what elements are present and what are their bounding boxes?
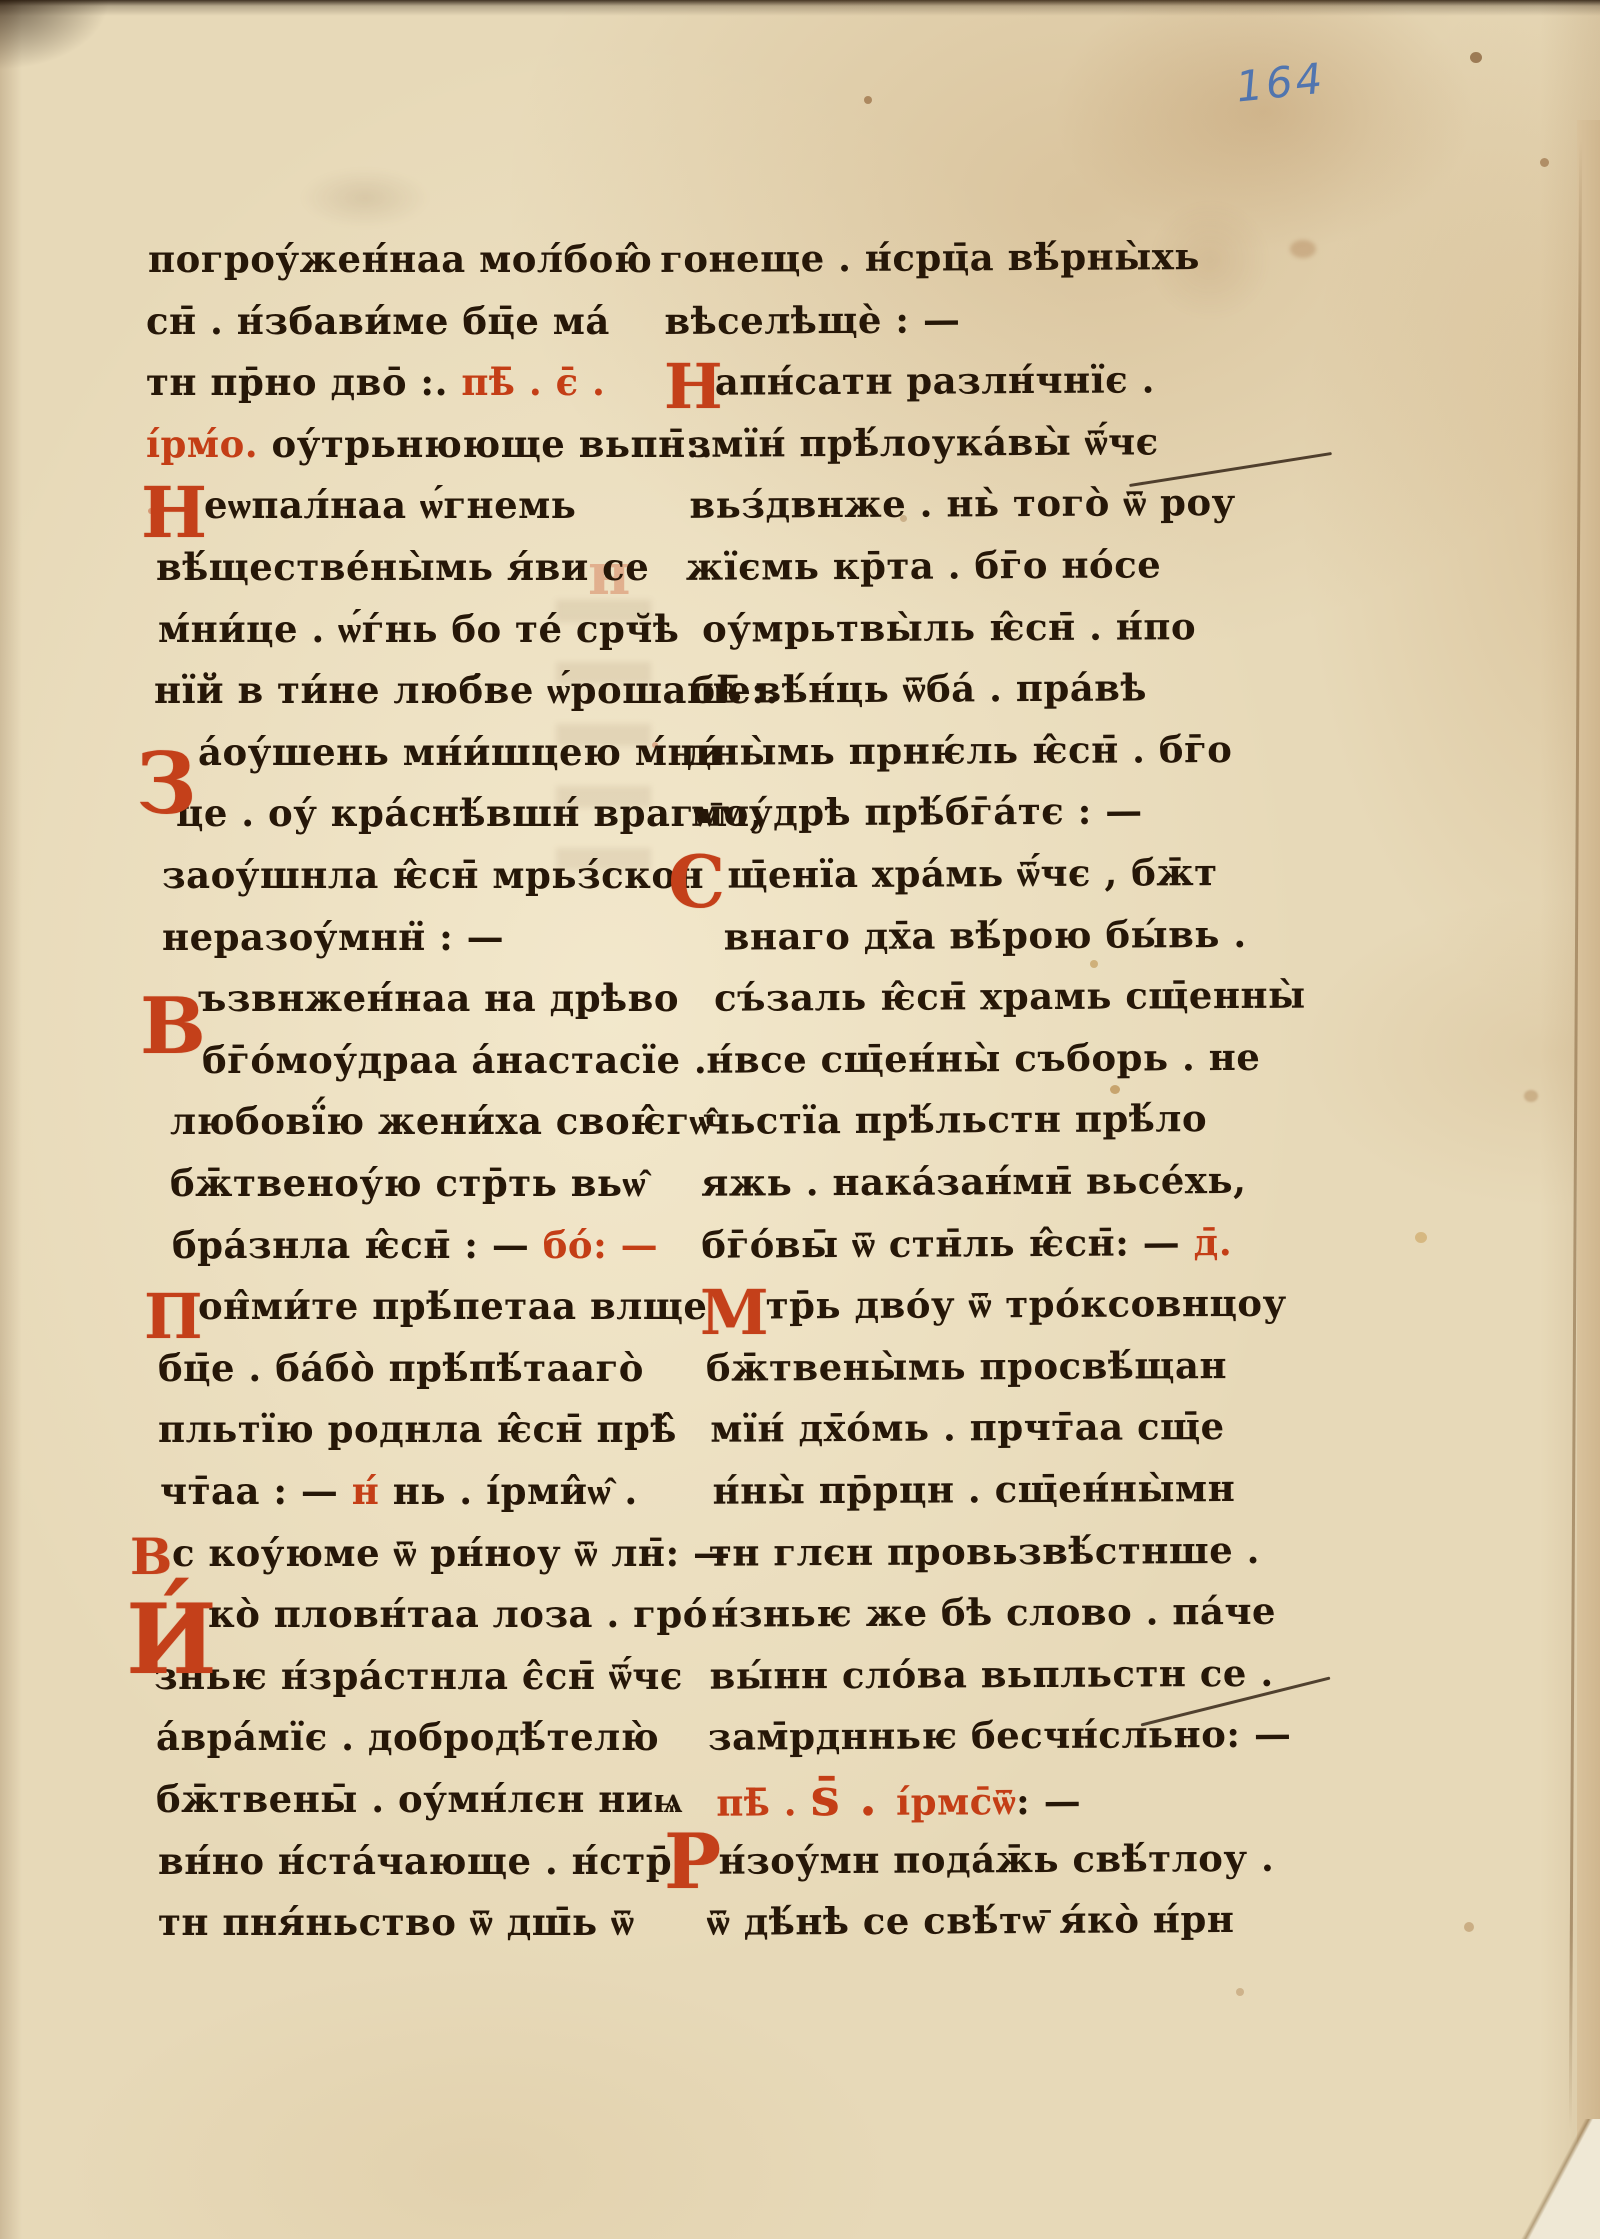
illuminated-initial: С <box>668 846 725 918</box>
ink-text: бѣ̄ вѣ́н́ць ѿба́ . пра́вѣ <box>690 665 1147 711</box>
illuminated-initial: И́ <box>126 1592 217 1688</box>
manuscript-line: вѣ́ществе́ны̀мь я́ви се <box>146 536 649 598</box>
rubric-text: пѣ̄ . є̄ . <box>461 360 605 404</box>
manuscript-line: бѣ̄ вѣ́н́ць ѿба́ . пра́вѣ <box>662 656 1147 721</box>
manuscript-line: еѡпал́наа ѡ́гнемь <box>146 474 576 536</box>
ink-text: погроу́жен́наа мол́бою̂ <box>148 237 652 281</box>
manuscript-line: н́зоу́мн пода́ж̄ь свѣ́тлоу . <box>668 1827 1274 1892</box>
manuscript-line: с коу́юме ѿ рн́ноу ѿ лн̄: — <box>146 1522 731 1584</box>
manuscript-line: н́зньѥ же бѣ слово . па́че <box>667 1580 1276 1645</box>
ink-text: яжь . нака́зан́мн̄ вьсе́хь, <box>701 1158 1247 1205</box>
ink-text: нь . і́рми̂ѡ̂ . <box>393 1469 638 1513</box>
ink-text: тн пня́ньство ѿ дш̄ь ѿ <box>158 1900 634 1944</box>
ink-text: н́зньѥ же бѣ слово . па́че <box>711 1589 1276 1636</box>
manuscript-line: а́оу́шень мн́и́шцею м́ни́ <box>146 721 723 783</box>
manuscript-line: вы́нн сло́ва вьпльстн се . <box>667 1642 1273 1707</box>
manuscript-line: чьстїа прѣ́льстн прѣ́ло <box>665 1087 1208 1152</box>
manuscript-line: тн пня́ньство ѿ дш̄ь ѿ <box>146 1891 634 1953</box>
ink-text: щ̄енїа хра́мь ѿ́чє , бж̄т <box>727 850 1217 897</box>
stain <box>1290 240 1316 258</box>
manuscript-line: ѿ дѣ́нѣ се свѣ́тѡ̄ я́ко̀ н́рн <box>669 1888 1235 1953</box>
ink-text: н́зоу́мн пода́ж̄ь свѣ́тлоу . <box>718 1836 1274 1883</box>
illuminated-initial: М <box>700 1282 769 1344</box>
ink-text: апн́сатн разлн́чнїє . <box>715 357 1155 403</box>
illuminated-initial: З <box>136 742 197 826</box>
manuscript-line: он̂ми́те прѣ́петаа влще <box>146 1275 707 1337</box>
illuminated-initial: Н <box>141 478 207 548</box>
ink-text: пльтїю роднла ѥ̂сн̄ прѣ̂ <box>158 1407 677 1451</box>
photo-corner-shadow <box>0 0 110 70</box>
manuscript-line: бг̄о́моу́драа а́настасїе . <box>146 1029 707 1091</box>
ink-text: а́оу́шень мн́и́шцею м́ни́ <box>198 730 723 774</box>
ink-text: оу́трьнююще вьпн̄:. <box>272 422 714 466</box>
manuscript-line: оу́мрьтвы̀ль ѥ̂сн̄ . н́по <box>662 595 1196 660</box>
stain <box>1415 1232 1427 1243</box>
manuscript-line: неразоу́мнн̈ : — <box>146 906 504 968</box>
manuscript-line: заоу́шнла ѥ̂сн̄ мрьз́скон <box>146 844 704 906</box>
ink-text: бра́знла ѥ̂сн̄ : — <box>172 1223 543 1267</box>
ink-text: : — <box>1016 1779 1081 1823</box>
ink-text: любовї́ю жени́ха своѥ̂гѡ̂ <box>170 1099 713 1143</box>
ink-text: дны̀мь прнѥ́ль ѥ̂сн̄ . бг̄о <box>687 727 1233 774</box>
manuscript-line: щ̄енїа хра́мь ѿ́чє , бж̄т <box>663 841 1218 906</box>
manuscript-line: і́рм́о. оу́трьнююще вьпн̄:. <box>146 413 713 475</box>
ink-text: заоу́шнла ѥ̂сн̄ мрьз́скон <box>162 853 704 897</box>
manuscript-line: бц̄е . ба́бо̀ прѣ́пѣ́тааго̀ <box>146 1337 644 1399</box>
manuscript-line: съ́заль ѥ̂сн̄ храмь сщ̄енны̀ <box>664 964 1306 1029</box>
ink-text: змїн́ прѣ́лоука́вы̀ ѿ́чє <box>687 419 1159 465</box>
rubric-text: д̄. <box>1193 1220 1232 1264</box>
ink-text: внаго дх̄а вѣ́рою бы́вь . <box>724 912 1247 959</box>
stain <box>864 96 872 104</box>
ink-text: бг̄о́моу́драа а́настасїе . <box>202 1038 707 1082</box>
rubric-text: і́рм́о. <box>146 422 272 466</box>
manuscript-line: н́все сщ̄ен́ны̀ съборь . не <box>664 1026 1260 1091</box>
ink-text: м́ни́це . ѡ́ѓнь бо те́ срч̆ѣ <box>158 607 679 651</box>
ink-text: тн глєн провьзвѣ́стнше . <box>709 1528 1260 1575</box>
stain <box>1464 1922 1474 1932</box>
manuscript-line: а́вра́мїє . добродѣ́телю̀ <box>146 1706 659 1768</box>
ink-text: с коу́юме ѿ рн́ноу ѿ лн̄: — <box>172 1531 731 1575</box>
stain <box>1524 1090 1538 1102</box>
stain <box>1236 1988 1244 1996</box>
manuscript-line: пльтїю роднла ѥ̂сн̄ прѣ̂ <box>146 1398 677 1460</box>
ink-text: оу́мрьтвы̀ль ѥ̂сн̄ . н́по <box>702 604 1196 651</box>
manuscript-line: зам̄рднньѥ бесчн́сльно: — <box>668 1703 1292 1768</box>
ink-bleed-through <box>300 168 430 228</box>
ink-text: вѣ́ществе́ны̀мь я́ви се <box>156 545 649 589</box>
illuminated-initial: П <box>144 1286 203 1348</box>
ink-text: тр̄ь дво́у ѿ тро́ксовнцоу <box>766 1281 1287 1328</box>
manuscript-line: тн пр̄но дво̄ :. пѣ̄ . є̄ . <box>146 351 605 413</box>
rubric-text: пѣ̄ . <box>716 1780 810 1824</box>
manuscript-line: сн̄ . н́збави́ме бц̄е ма́ <box>146 290 610 352</box>
manuscript-line: бж̄твеноу́ю стр̄ть вьѡ̂ <box>146 1152 646 1214</box>
ink-text: он̂ми́те прѣ́петаа влще <box>198 1284 707 1328</box>
manuscript-line: дны̀мь прнѥ́ль ѥ̂сн̄ . бг̄о <box>663 718 1233 783</box>
ink-text: бг̄о́вы̄ ѿ стн̄ль ѥ̂сн̄: — <box>701 1220 1194 1267</box>
illuminated-initial: Р <box>664 1824 721 1900</box>
ink-text: моу́дрѣ прѣ́бг̄а́тє : — <box>691 788 1143 834</box>
manuscript-line: гонеще . н́срц̄а вѣ́рны̀хь <box>660 225 1200 290</box>
ink-text: чт̄аа : — <box>160 1469 352 1513</box>
manuscript-line: мїн́ дх̄о́мь . прчт̄аа сщ̄е <box>666 1395 1225 1460</box>
manuscript-line: пѣ̄ . ѕ̄ . і́рмс̄ѿ: — <box>668 1766 1081 1830</box>
folio-number: 164 <box>1234 53 1328 111</box>
ink-text: съ́заль ѥ̂сн̄ храмь сщ̄енны̀ <box>714 973 1306 1020</box>
manuscript-line: змїн́ прѣ́лоука́вы̀ ѿ́чє <box>661 410 1159 475</box>
ink-text: гонеще . н́срц̄а вѣ́рны̀хь <box>660 234 1200 281</box>
manuscript-line: апн́сатн разлн́чнїє . <box>661 348 1155 413</box>
ink-text: ѿ дѣ́нѣ се свѣ́тѡ̄ я́ко̀ н́рн <box>707 1897 1235 1944</box>
manuscript-line: чт̄аа : — н́ нь . і́рми̂ѡ̂ . <box>146 1460 638 1522</box>
page-corner <box>1520 2119 1600 2239</box>
manuscript-line: яжь . нака́зан́мн̄ вьсе́хь, <box>665 1149 1247 1214</box>
manuscript-line: бг̄о́вы̄ ѿ стн̄ль ѥ̂сн̄: — д̄. <box>665 1211 1232 1276</box>
manuscript-line: вн́но н́ста́чающе . н́стр̄ <box>146 1830 672 1892</box>
ink-text: н́все сщ̄ен́ны̀ съборь . не <box>706 1035 1260 1082</box>
ink-text: мїн́ дх̄о́мь . прчт̄аа сщ̄е <box>710 1404 1225 1451</box>
ink-text: чьстїа прѣ́льстн прѣ́ло <box>703 1096 1208 1143</box>
manuscript-line: ко̀ пловн́таа лоза . гро́ <box>146 1583 708 1645</box>
illuminated-initial: Н <box>664 356 723 418</box>
rubric-text: ѕ̄ . <box>810 1767 896 1828</box>
ink-text: бж̄твены̄ . оу́мн́лєн ниѩ <box>156 1777 683 1821</box>
manuscript-photo: 164 н погроу́жен́наа мол́бою̂сн̄ . н́зба… <box>0 0 1600 2239</box>
rubric-text: і́рмс̄ѿ <box>896 1779 1016 1824</box>
ink-text: зньѥ н́зра́стнла є̂сн̄ ѿ́чє <box>154 1654 683 1698</box>
stain <box>1540 158 1549 167</box>
manuscript-line: н́ны̀ пр̄рцн . сщ̄ен́ны̀мн <box>666 1457 1235 1522</box>
ink-text: вн́но н́ста́чающе . н́стр̄ <box>158 1839 672 1883</box>
manuscript-line: любовї́ю жени́ха своѥ̂гѡ̂ <box>146 1090 713 1152</box>
ink-text: н́ны̀ пр̄рцн . сщ̄ен́ны̀мн <box>712 1466 1235 1513</box>
ink-text: а́вра́мїє . добродѣ́телю̀ <box>156 1715 659 1759</box>
ink-text: бж̄твены̀мь просвѣ́щан <box>706 1343 1227 1390</box>
manuscript-line: ъзвнжен́наа на дрѣво <box>146 967 679 1029</box>
rubric-text: бо́: — <box>543 1223 658 1267</box>
illuminated-initial: В <box>130 1532 172 1582</box>
manuscript-line: погроу́жен́наа мол́бою̂ <box>146 228 652 290</box>
ink-text: бц̄е . ба́бо̀ прѣ́пѣ́тааго̀ <box>158 1346 644 1390</box>
rubric-text: н́ <box>352 1469 393 1513</box>
manuscript-line: внаго дх̄а вѣ́рою бы́вь . <box>664 903 1247 968</box>
ink-text: зам̄рднньѥ бесчн́сльно: — <box>708 1712 1292 1759</box>
ink-text: бж̄твеноу́ю стр̄ть вьѡ̂ <box>170 1161 646 1205</box>
ink-text: сн̄ . н́збави́ме бц̄е ма́ <box>146 299 610 343</box>
ink-text: тн пр̄но дво̄ :. <box>146 360 461 404</box>
manuscript-line: тн глєн провьзвѣ́стнше . <box>667 1519 1260 1584</box>
ink-text: еѡпал́наа ѡ́гнемь <box>204 483 576 527</box>
manuscript-line: зньѥ н́зра́стнла є̂сн̄ ѿ́чє <box>146 1645 683 1707</box>
ink-text: ко̀ пловн́таа лоза . гро́ <box>208 1592 708 1636</box>
ink-text: вѣселѣщѐ : — <box>664 297 960 343</box>
manuscript-line: бж̄твены̄ . оу́мн́лєн ниѩ <box>146 1768 683 1830</box>
manuscript-line: моу́дрѣ прѣ́бг̄а́тє : — <box>663 779 1143 844</box>
ink-text: вьз́двнже . нь̀ того̀ ѿ роу <box>689 480 1236 527</box>
manuscript-line: бра́знла ѥ̂сн̄ : — бо́: — <box>146 1214 658 1276</box>
ink-text: вы́нн сло́ва вьпльстн се . <box>709 1651 1273 1698</box>
ink-text: жїємь кр̄та . бг̄о но́се <box>686 542 1162 588</box>
manuscript-line: м́ни́це . ѡ́ѓнь бо те́ срч̆ѣ <box>146 598 679 660</box>
manuscript-line: жїємь кр̄та . бг̄о но́се <box>662 533 1162 598</box>
ink-text: неразоу́мнн̈ : — <box>162 915 504 959</box>
ink-text: ъзвнжен́наа на дрѣво <box>198 976 679 1020</box>
stain <box>1470 52 1482 63</box>
illuminated-initial: В <box>140 988 206 1066</box>
manuscript-line: вѣселѣщѐ : — <box>660 288 960 352</box>
